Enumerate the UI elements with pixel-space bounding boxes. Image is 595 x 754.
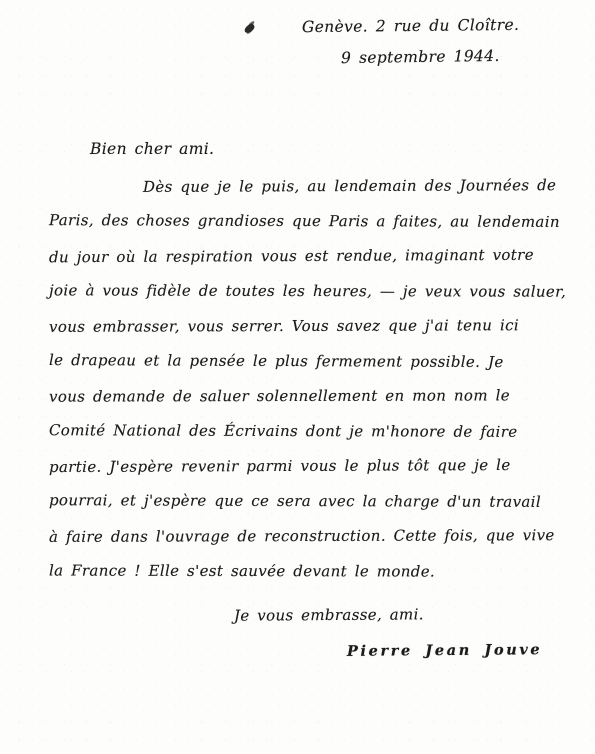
letter-line: la France ! Elle s'est sauvée devant le …: [49, 561, 435, 580]
letter-line: Dès que je le puis, au lendemain des Jou…: [143, 176, 556, 196]
letter-line: Comité National des Écrivains dont je m'…: [49, 421, 518, 441]
letter-line: à faire dans l'ouvrage de reconstruction…: [49, 526, 555, 546]
letter-line: vous demande de saluer solennellement en…: [49, 386, 510, 405]
letter-address: Genève. 2 rue du Cloître.: [302, 16, 519, 36]
letter-line: pourrai, et j'espère que ce sera avec la…: [49, 491, 541, 511]
letter-closing: Je vous embrasse, ami.: [234, 605, 424, 624]
letter-salutation: Bien cher ami.: [90, 140, 214, 158]
letter-signature: Pierre Jean Jouve: [347, 641, 542, 660]
letter-line: Paris, des choses grandioses que Paris a…: [49, 211, 560, 231]
ink-blot-mark: [243, 23, 256, 35]
letter-date: 9 septembre 1944.: [341, 47, 500, 67]
letter-line: vous embrasser, vous serrer. Vous savez …: [49, 316, 519, 336]
letter-line: joie à vous fidèle de toutes les heures,…: [49, 281, 566, 300]
letter-line: du jour où la respiration vous est rendu…: [49, 246, 534, 267]
letter-line: partie. J'espère revenir parmi vous le p…: [49, 456, 511, 476]
letter-page: Genève. 2 rue du Cloître. 9 septembre 19…: [0, 0, 595, 754]
letter-line: le drapeau et la pensée le plus fermemen…: [49, 351, 504, 371]
